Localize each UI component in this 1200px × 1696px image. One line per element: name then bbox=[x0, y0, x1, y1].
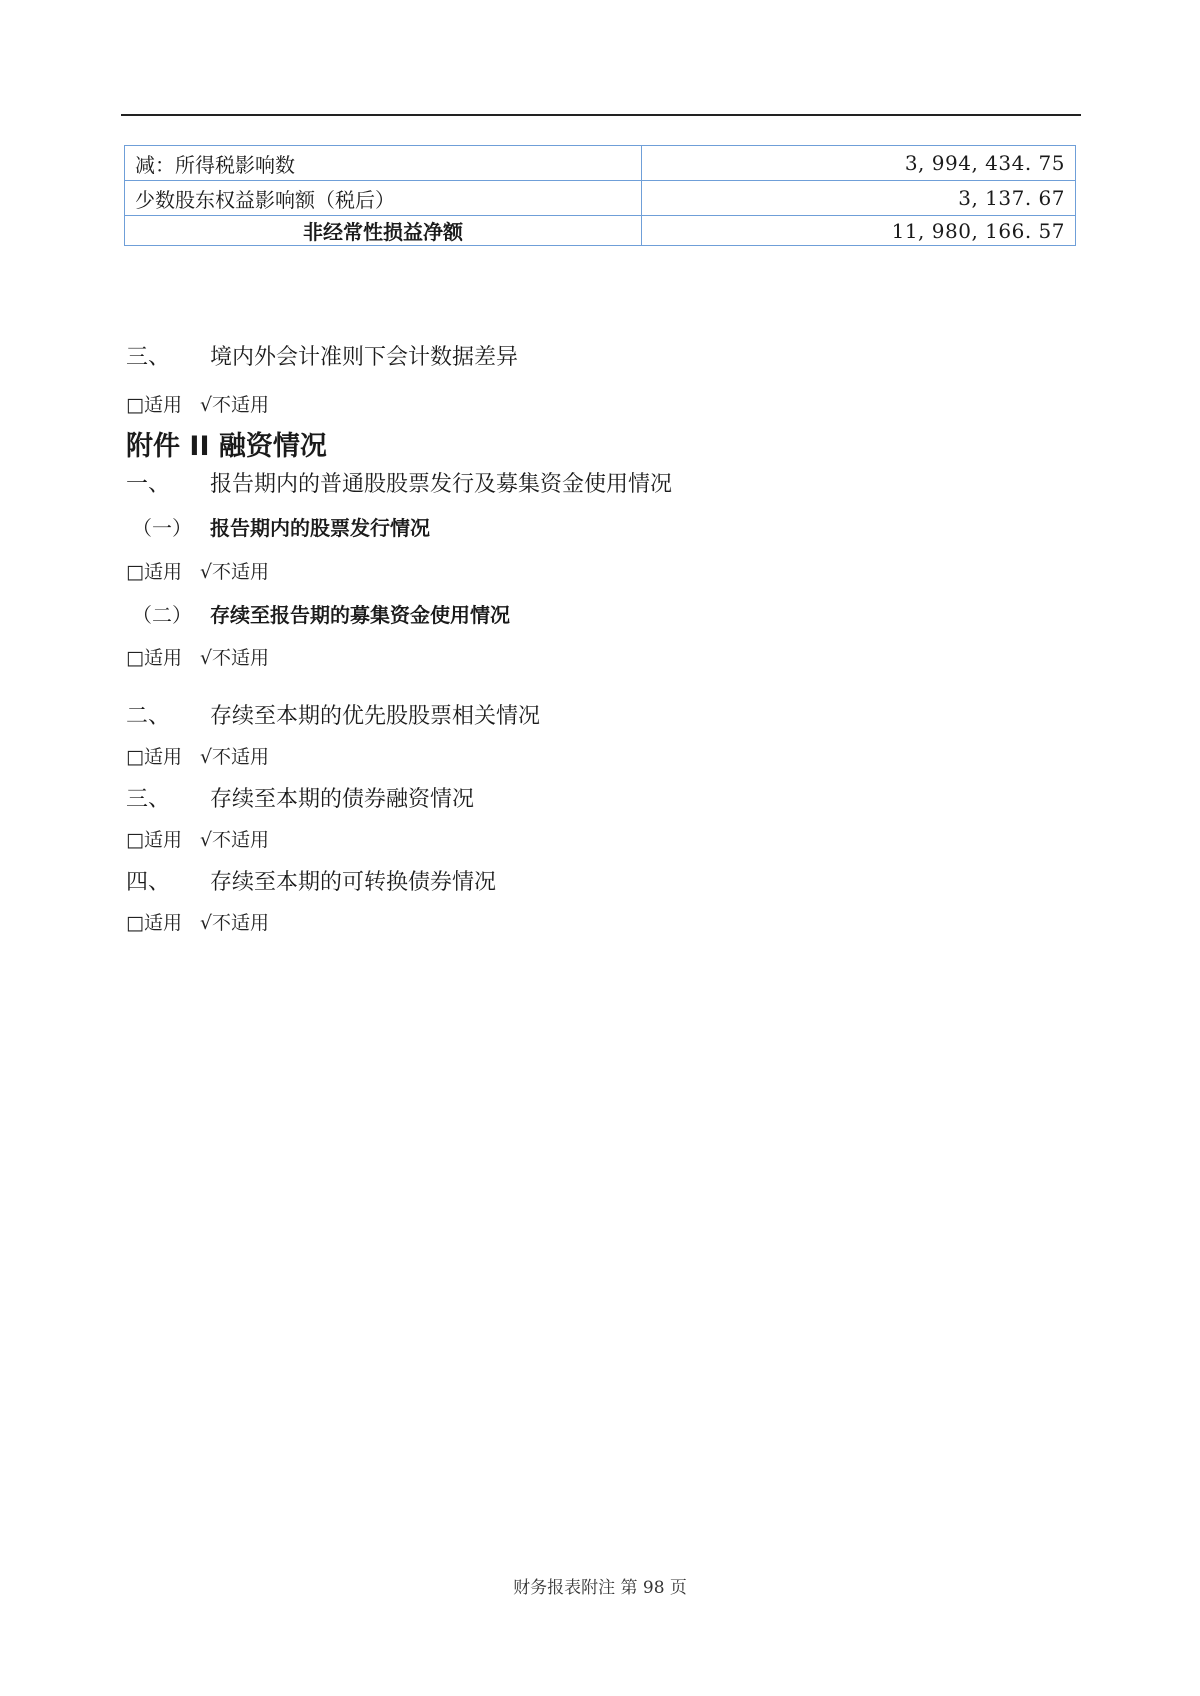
subsection-title: 报告期内的股票发行情况 bbox=[210, 516, 430, 540]
applicability-options: □适用√不适用 bbox=[126, 828, 269, 852]
subsection-heading-issuance: （一）报告期内的股票发行情况 bbox=[126, 515, 430, 541]
applicable-option: □适用 bbox=[126, 647, 182, 669]
table-row: 减：所得税影响数 3, 994, 434. 75 bbox=[125, 146, 1076, 181]
non-recurring-gains-table: 减：所得税影响数 3, 994, 434. 75 少数股东权益影响额（税后） 3… bbox=[124, 145, 1076, 246]
section-number: 三、 bbox=[126, 786, 210, 814]
row-value: 3, 137. 67 bbox=[642, 181, 1076, 216]
table-row: 少数股东权益影响额（税后） 3, 137. 67 bbox=[125, 181, 1076, 216]
not-applicable-option: √不适用 bbox=[200, 912, 269, 934]
applicable-option: □适用 bbox=[126, 829, 182, 851]
not-applicable-option: √不适用 bbox=[200, 746, 269, 768]
subsection-title: 存续至报告期的募集资金使用情况 bbox=[210, 603, 510, 627]
subsection-number: （二） bbox=[126, 602, 210, 628]
section-title: 存续至本期的债券融资情况 bbox=[210, 787, 474, 812]
subsection-number: （一） bbox=[126, 515, 210, 541]
table-total-row: 非经常性损益净额 11, 980, 166. 57 bbox=[125, 216, 1076, 246]
not-applicable-option: √不适用 bbox=[200, 829, 269, 851]
section-title: 存续至本期的可转换债券情况 bbox=[210, 870, 496, 895]
applicable-option: □适用 bbox=[126, 394, 182, 416]
applicability-options: □适用√不适用 bbox=[126, 560, 269, 584]
total-value: 11, 980, 166. 57 bbox=[642, 216, 1076, 246]
section-heading-preferred-stock: 二、存续至本期的优先股股票相关情况 bbox=[126, 703, 540, 731]
section-title: 境内外会计准则下会计数据差异 bbox=[210, 345, 518, 370]
section-number: 三、 bbox=[126, 344, 210, 372]
applicability-options: □适用√不适用 bbox=[126, 745, 269, 769]
section-title: 报告期内的普通股股票发行及募集资金使用情况 bbox=[210, 472, 672, 497]
applicable-option: □适用 bbox=[126, 746, 182, 768]
not-applicable-option: √不适用 bbox=[200, 561, 269, 583]
row-label: 减：所得税影响数 bbox=[125, 146, 642, 181]
section-heading-stock-issuance: 一、报告期内的普通股股票发行及募集资金使用情况 bbox=[126, 471, 672, 499]
section-heading-bond-financing: 三、存续至本期的债券融资情况 bbox=[126, 786, 474, 814]
row-value: 3, 994, 434. 75 bbox=[642, 146, 1076, 181]
header-rule bbox=[121, 114, 1081, 116]
subsection-heading-fund-usage: （二）存续至报告期的募集资金使用情况 bbox=[126, 602, 510, 628]
applicability-options: □适用√不适用 bbox=[126, 911, 269, 935]
applicable-option: □适用 bbox=[126, 912, 182, 934]
total-label: 非经常性损益净额 bbox=[125, 216, 642, 246]
section-heading-accounting-differences: 三、境内外会计准则下会计数据差异 bbox=[126, 344, 518, 372]
applicability-options: □适用√不适用 bbox=[126, 393, 269, 417]
not-applicable-option: √不适用 bbox=[200, 394, 269, 416]
applicability-options: □适用√不适用 bbox=[126, 646, 269, 670]
section-heading-convertible-bonds: 四、存续至本期的可转换债券情况 bbox=[126, 869, 496, 897]
section-number: 一、 bbox=[126, 471, 210, 499]
section-title: 存续至本期的优先股股票相关情况 bbox=[210, 704, 540, 729]
section-number: 四、 bbox=[126, 869, 210, 897]
page-footer: 财务报表附注 第 98 页 bbox=[0, 1573, 1200, 1598]
appendix-title: 附件 II 融资情况 bbox=[126, 430, 327, 464]
not-applicable-option: √不适用 bbox=[200, 647, 269, 669]
row-label: 少数股东权益影响额（税后） bbox=[125, 181, 642, 216]
section-number: 二、 bbox=[126, 703, 210, 731]
applicable-option: □适用 bbox=[126, 561, 182, 583]
